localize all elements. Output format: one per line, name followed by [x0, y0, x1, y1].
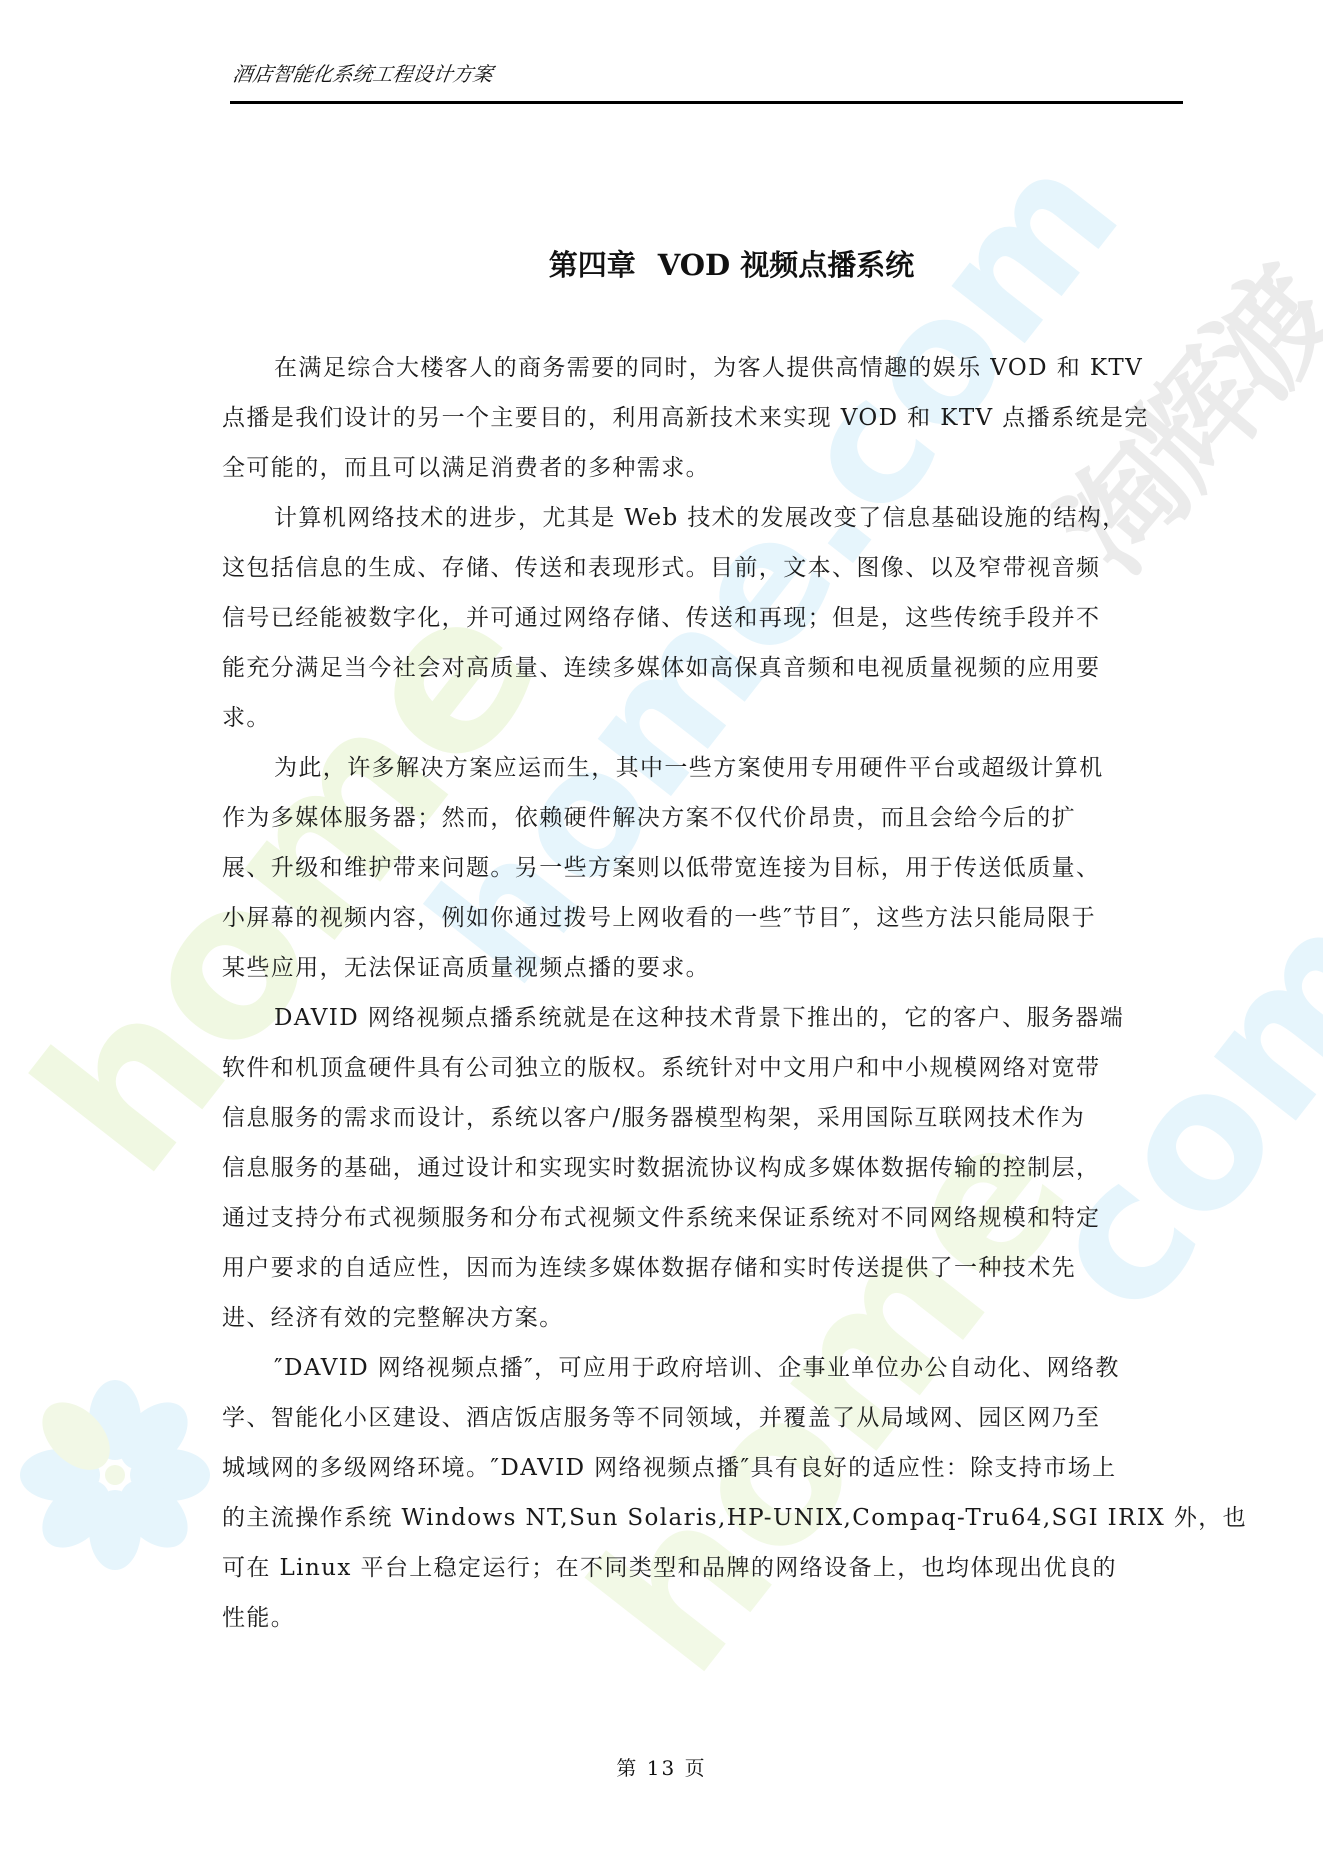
text-line: 信息服务的需求而设计，系统以客户/服务器模型构架，采用国际互联网技术作为: [222, 1093, 1187, 1143]
page-number: 第 13 页: [0, 1752, 1323, 1781]
text-line: 的主流操作系统 Windows NT,Sun Solaris,HP-UNIX,C…: [222, 1493, 1187, 1543]
text-line: 在满足综合大楼客人的商务需要的同时，为客人提供高情趣的娱乐 VOD 和 KTV: [222, 343, 1187, 393]
chapter-name: VOD 视频点播系统: [658, 248, 915, 282]
paragraph-5: ″DAVID 网络视频点播″，可应用于政府培训、企事业单位办公自动化、网络教 学…: [222, 1343, 1187, 1643]
paragraph-2: 计算机网络技术的进步，尤其是 Web 技术的发展改变了信息基础设施的结构， 这包…: [222, 493, 1187, 743]
chapter-title: 第四章VOD 视频点播系统: [0, 243, 1323, 284]
text-line: 通过支持分布式视频服务和分布式视频文件系统来保证系统对不同网络规模和特定: [222, 1193, 1187, 1243]
flower-logo-watermark-icon: [10, 1370, 220, 1580]
text-line: 某些应用，无法保证高质量视频点播的要求。: [222, 943, 1187, 993]
text-line: 学、智能化小区建设、酒店饭店服务等不同领域，并覆盖了从局域网、园区网乃至: [222, 1393, 1187, 1443]
text-line: 用户要求的自适应性，因而为连续多媒体数据存储和实时传送提供了一种技术先: [222, 1243, 1187, 1293]
text-line: 计算机网络技术的进步，尤其是 Web 技术的发展改变了信息基础设施的结构，: [222, 493, 1187, 543]
header-divider: [230, 101, 1183, 104]
text-line: 全可能的，而且可以满足消费者的多种需求。: [222, 443, 1187, 493]
text-line: 点播是我们设计的另一个主要目的，利用高新技术来实现 VOD 和 KTV 点播系统…: [222, 393, 1187, 443]
text-line: 性能。: [222, 1593, 1187, 1643]
paragraph-1: 在满足综合大楼客人的商务需要的同时，为客人提供高情趣的娱乐 VOD 和 KTV …: [222, 343, 1187, 493]
text-line: 作为多媒体服务器；然而，依赖硬件解决方案不仅代价昂贵，而且会给今后的扩: [222, 793, 1187, 843]
text-line: 求。: [222, 693, 1187, 743]
text-line: 软件和机顶盒硬件具有公司独立的版权。系统针对中文用户和中小规模网络对宽带: [222, 1043, 1187, 1093]
chapter-number: 第四章: [409, 248, 636, 282]
text-line: 信息服务的基础，通过设计和实现实时数据流协议构成多媒体数据传输的控制层，: [222, 1143, 1187, 1193]
text-line: 城域网的多级网络环境。″DAVID 网络视频点播″具有良好的适应性：除支持市场上: [222, 1443, 1187, 1493]
paragraph-3: 为此，许多解决方案应运而生，其中一些方案使用专用硬件平台或超级计算机 作为多媒体…: [222, 743, 1187, 993]
text-line: 小屏幕的视频内容，例如你通过拨号上网收看的一些″节目″，这些方法只能局限于: [222, 893, 1187, 943]
body-text: 在满足综合大楼客人的商务需要的同时，为客人提供高情趣的娱乐 VOD 和 KTV …: [222, 343, 1187, 1643]
text-line: 能充分满足当今社会对高质量、连续多媒体如高保真音频和电视质量视频的应用要: [222, 643, 1187, 693]
paragraph-4: DAVID 网络视频点播系统就是在这种技术背景下推出的，它的客户、服务器端 软件…: [222, 993, 1187, 1343]
text-line: 这包括信息的生成、存储、传送和表现形式。目前，文本、图像、以及窄带视音频: [222, 543, 1187, 593]
text-line: DAVID 网络视频点播系统就是在这种技术背景下推出的，它的客户、服务器端: [222, 993, 1187, 1043]
text-line: 为此，许多解决方案应运而生，其中一些方案使用专用硬件平台或超级计算机: [222, 743, 1187, 793]
text-line: 进、经济有效的完整解决方案。: [222, 1293, 1187, 1343]
running-header: 酒店智能化系统工程设计方案: [231, 58, 495, 87]
text-line: ″DAVID 网络视频点播″，可应用于政府培训、企事业单位办公自动化、网络教: [222, 1343, 1187, 1393]
text-line: 信号已经能被数字化，并可通过网络存储、传送和再现；但是，这些传统手段并不: [222, 593, 1187, 643]
text-line: 展、升级和维护带来问题。另一些方案则以低带宽连接为目标，用于传送低质量、: [222, 843, 1187, 893]
text-line: 可在 Linux 平台上稳定运行；在不同类型和品牌的网络设备上，也均体现出优良的: [222, 1543, 1187, 1593]
